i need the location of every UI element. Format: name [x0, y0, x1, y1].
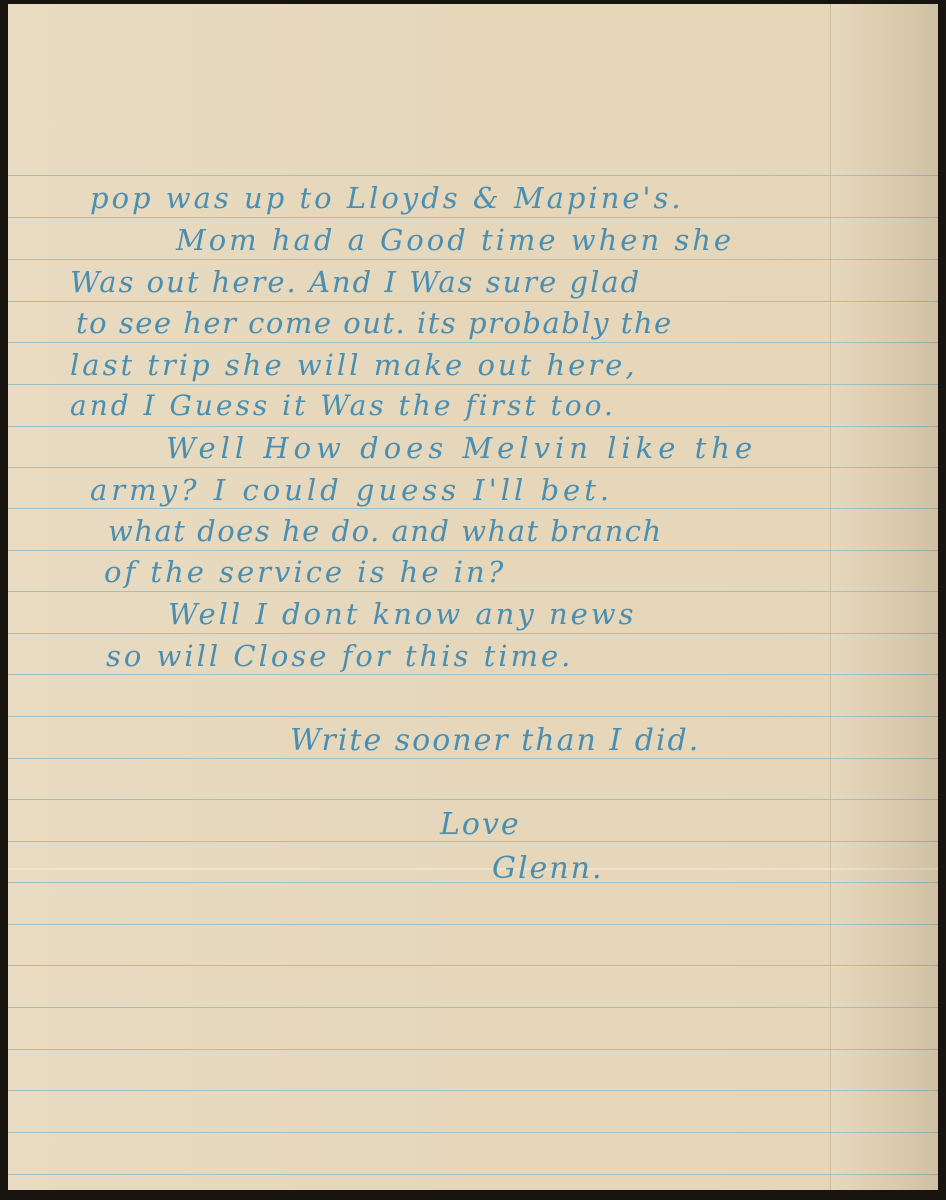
ruled-line [8, 758, 938, 759]
ruled-line [8, 591, 938, 592]
ruled-line [8, 467, 938, 468]
ruled-line [8, 965, 938, 966]
ruled-line [8, 924, 938, 925]
ruled-line [8, 259, 938, 260]
ruled-line [8, 882, 938, 883]
ruled-line [8, 217, 938, 218]
letter-page: pop was up to Lloyds & Mapine's. Mom had… [8, 4, 938, 1190]
letter-line-12: so will Close for this time. [106, 642, 573, 671]
letter-line-4: to see her come out. its probably the [76, 309, 673, 338]
horizontal-fold-line [8, 868, 938, 870]
letter-line-11: Well I dont know any news [168, 600, 636, 629]
ruled-line [8, 175, 938, 176]
ruled-line [8, 426, 938, 427]
ruled-line [8, 342, 938, 343]
letter-line-7: Well How does Melvin like the [166, 434, 757, 463]
ruled-line [8, 674, 938, 675]
ruled-line [8, 633, 938, 634]
letter-line-8: army? I could guess I'll bet. [90, 476, 613, 505]
ruled-line [8, 716, 938, 717]
vertical-fold-line [830, 4, 831, 1190]
ruled-line [8, 1007, 938, 1008]
ruled-line [8, 1090, 938, 1091]
ruled-line [8, 1174, 938, 1175]
salutation-love: Love [440, 810, 521, 840]
letter-line-5: last trip she will make out here, [70, 351, 638, 380]
ruled-line [8, 550, 938, 551]
letter-line-2: Mom had a Good time when she [176, 226, 734, 255]
letter-line-1: pop was up to Lloyds & Mapine's. [90, 184, 684, 213]
signature-glenn: Glenn. [492, 854, 604, 884]
letter-line-6: and I Guess it Was the first too. [70, 392, 616, 420]
letter-line-3: Was out here. And I Was sure glad [70, 268, 641, 297]
ruled-line [8, 1132, 938, 1133]
letter-line-10: of the service is he in? [104, 558, 506, 587]
ruled-line [8, 301, 938, 302]
ruled-line [8, 508, 938, 509]
letter-line-9: what does he do. and what branch [108, 517, 663, 546]
ruled-line [8, 799, 938, 800]
ruled-line [8, 384, 938, 385]
closing-line: Write sooner than I did. [290, 726, 700, 756]
ruled-line [8, 1049, 938, 1050]
